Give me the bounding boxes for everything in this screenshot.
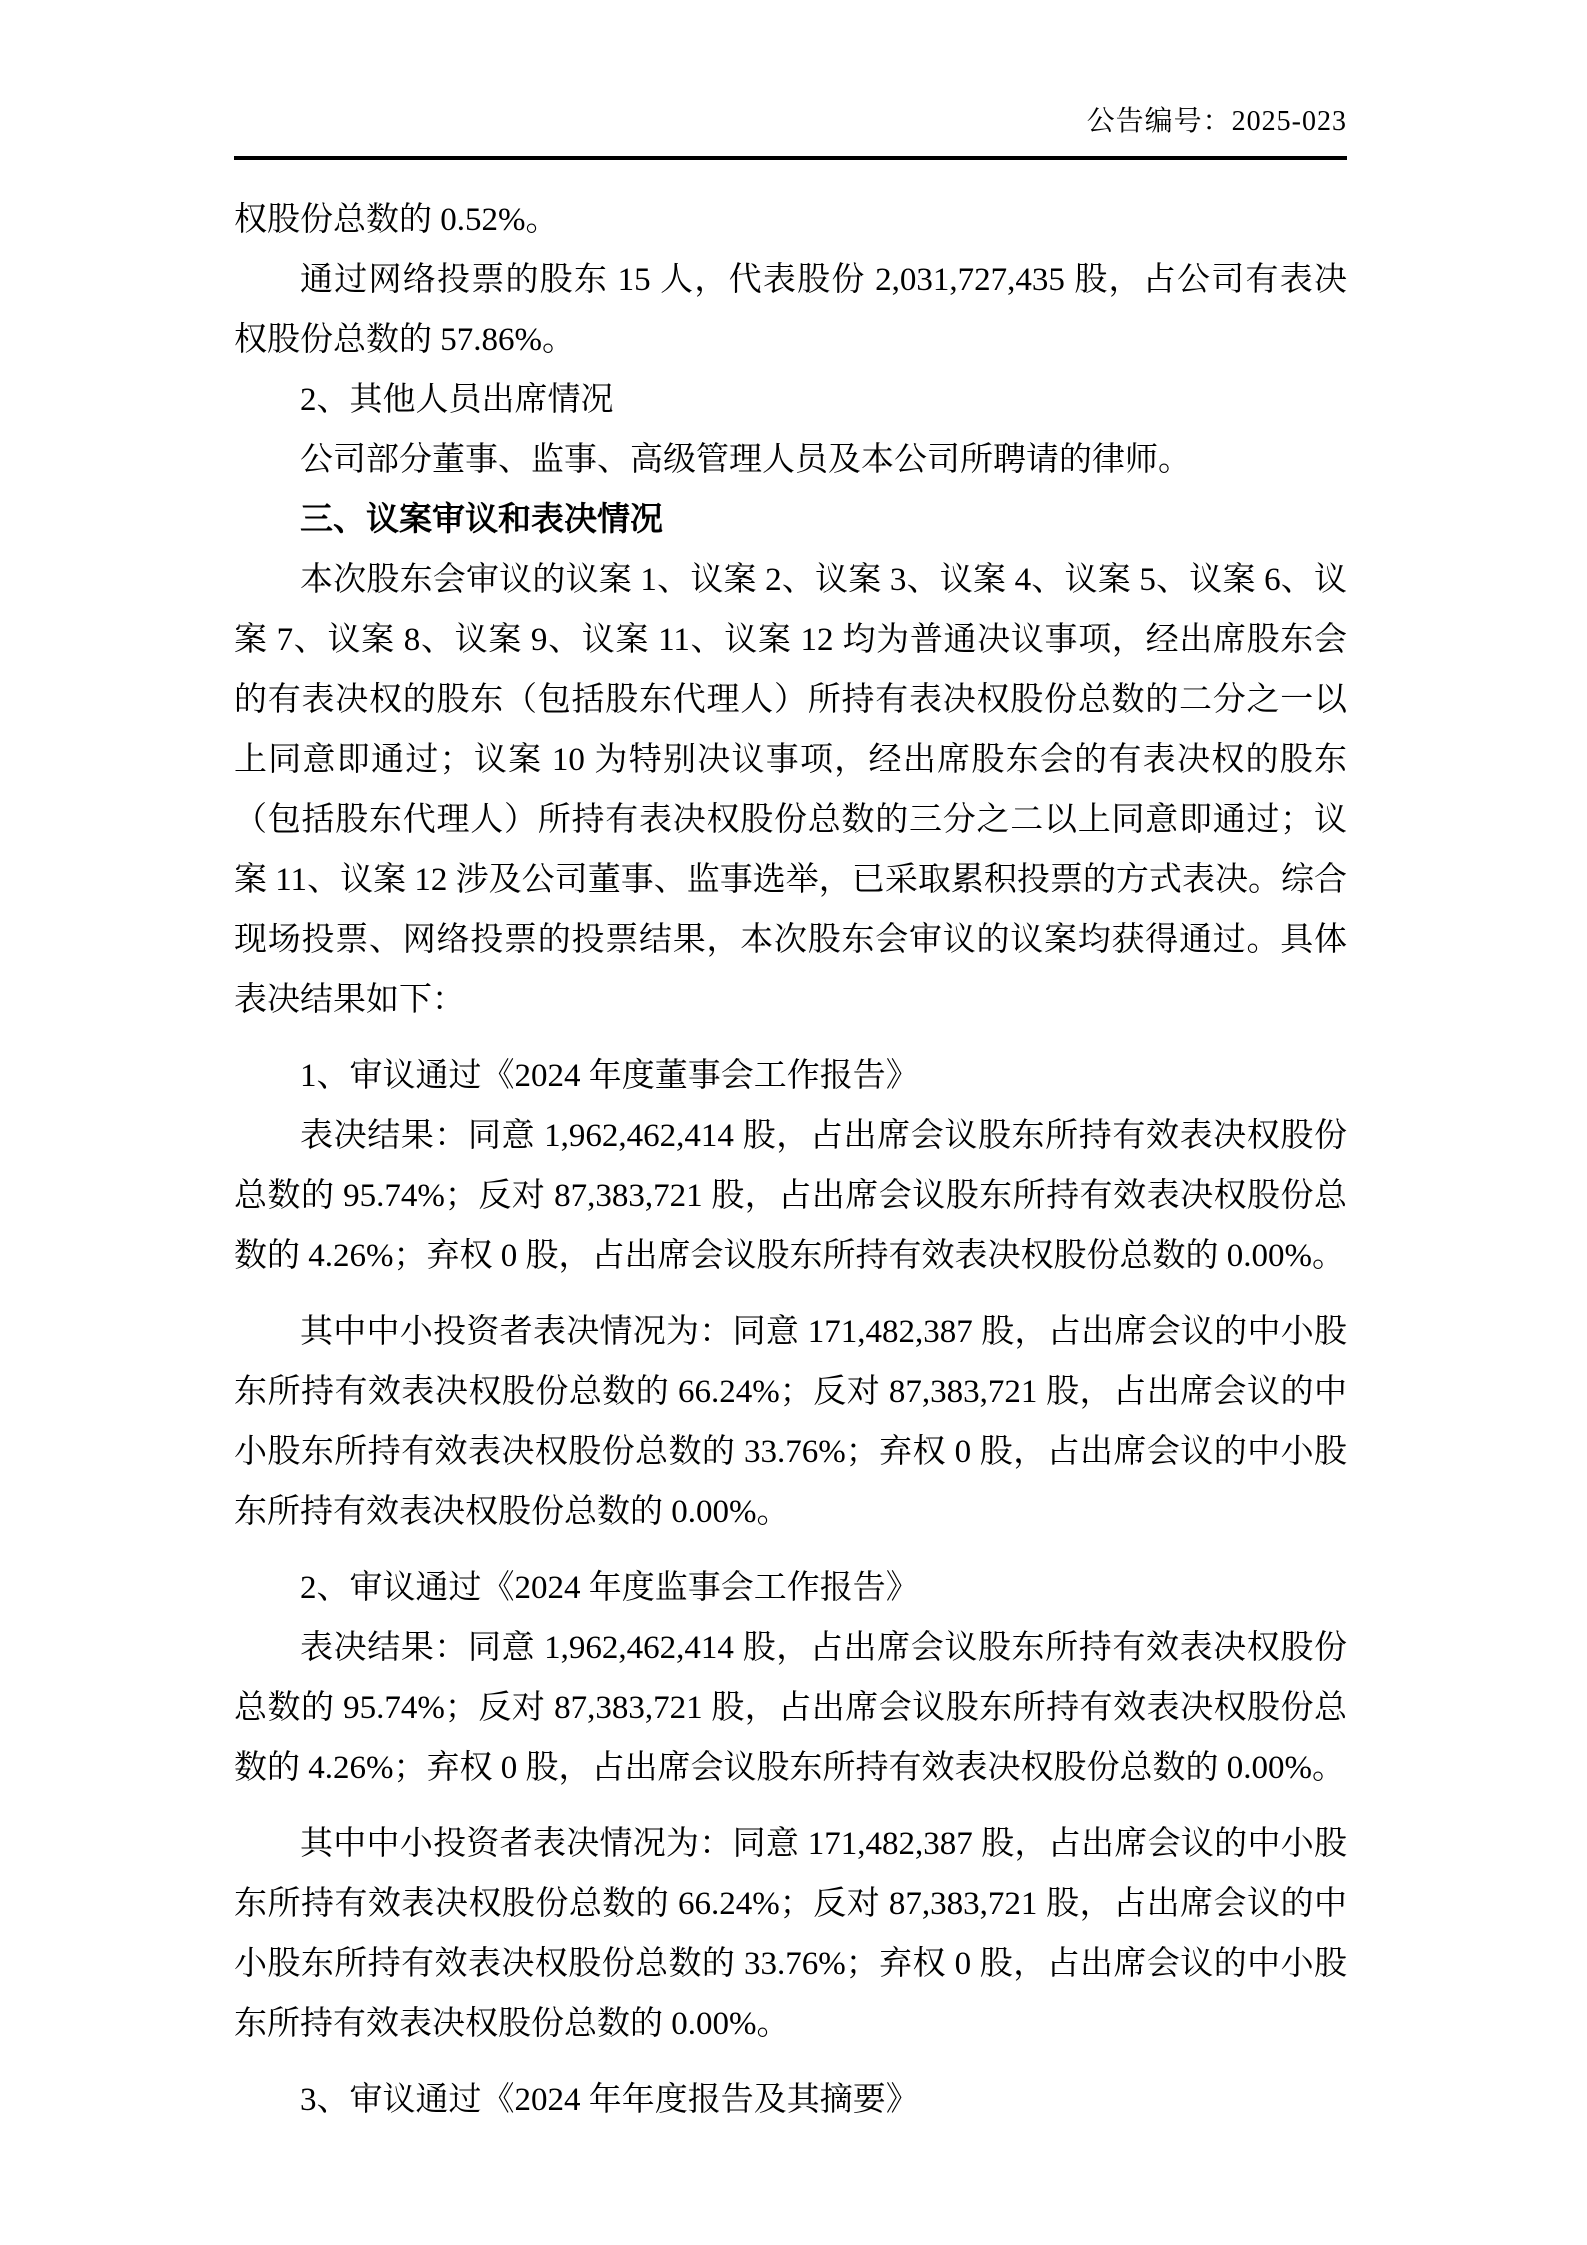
item-3-heading-annual-report: 3、审议通过《2024 年年度报告及其摘要》 bbox=[234, 2070, 1347, 2130]
announcement-number: 公告编号：2025-023 bbox=[234, 104, 1347, 140]
item-2-minority-investor-result: 其中中小投资者表决情况为：同意 171,482,387 股，占出席会议的中小股东… bbox=[234, 1814, 1347, 2054]
document-page: 公告编号：2025-023 权股份总数的 0.52%。 通过网络投票的股东 15… bbox=[0, 0, 1587, 2245]
header-divider bbox=[234, 156, 1347, 160]
section-heading-proposal-review: 三、议案审议和表决情况 bbox=[234, 490, 1347, 550]
item-2-heading-supervisory-report: 2、审议通过《2024 年度监事会工作报告》 bbox=[234, 1558, 1347, 1618]
paragraph-online-voting-shareholders: 通过网络投票的股东 15 人，代表股份 2,031,727,435 股，占公司有… bbox=[234, 250, 1347, 370]
item-1-heading-board-report: 1、审议通过《2024 年度董事会工作报告》 bbox=[234, 1046, 1347, 1106]
item-1-minority-investor-result: 其中中小投资者表决情况为：同意 171,482,387 股，占出席会议的中小股东… bbox=[234, 1302, 1347, 1542]
document-body: 权股份总数的 0.52%。 通过网络投票的股东 15 人，代表股份 2,031,… bbox=[234, 190, 1347, 2130]
item-1-voting-result: 表决结果：同意 1,962,462,414 股，占出席会议股东所持有效表决权股份… bbox=[234, 1106, 1347, 1286]
paragraph-other-attendees-detail: 公司部分董事、监事、高级管理人员及本公司所聘请的律师。 bbox=[234, 430, 1347, 490]
paragraph-other-attendees-heading: 2、其他人员出席情况 bbox=[234, 370, 1347, 430]
paragraph-proposal-overview: 本次股东会审议的议案 1、议案 2、议案 3、议案 4、议案 5、议案 6、议案… bbox=[234, 550, 1347, 1030]
paragraph-continuation-voting-rights-pct: 权股份总数的 0.52%。 bbox=[234, 190, 1347, 250]
item-2-voting-result: 表决结果：同意 1,962,462,414 股，占出席会议股东所持有效表决权股份… bbox=[234, 1618, 1347, 1798]
